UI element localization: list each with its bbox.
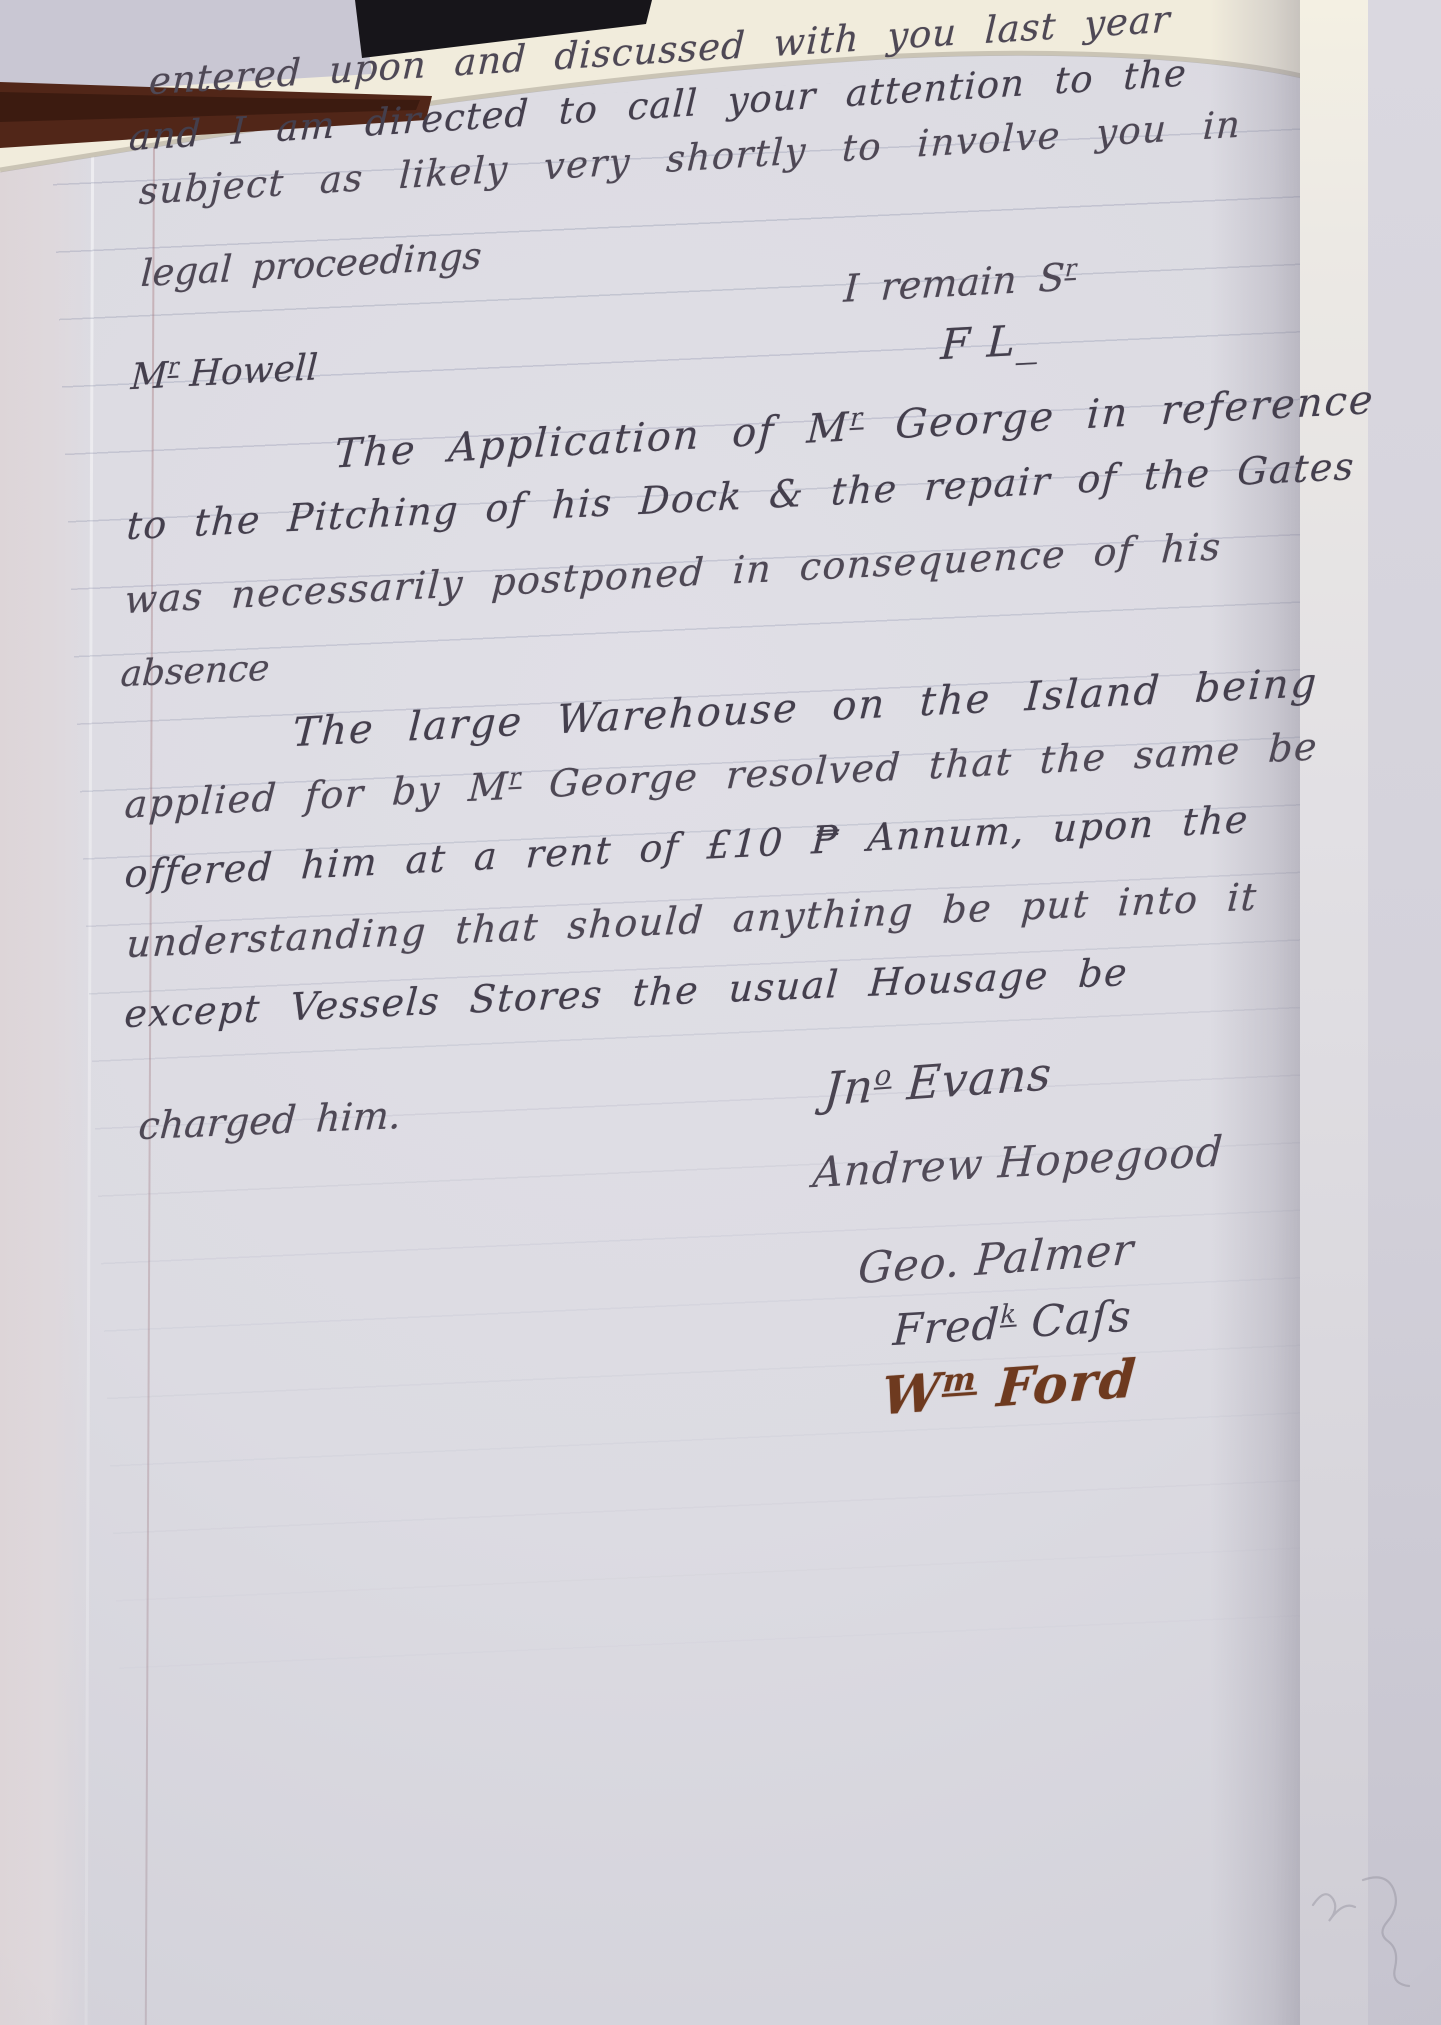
adjacent-page-edge xyxy=(1368,0,1441,2025)
minute1-line-4: absence xyxy=(119,648,270,695)
fore-edge xyxy=(1300,0,1368,2025)
faint-pencil-mark xyxy=(1293,1840,1423,1990)
scanned-page: entered upon and discussed with you last… xyxy=(0,0,1441,2025)
page-curve-shadow xyxy=(1210,0,1300,2025)
clerk-initials: F L_ xyxy=(939,315,1041,369)
